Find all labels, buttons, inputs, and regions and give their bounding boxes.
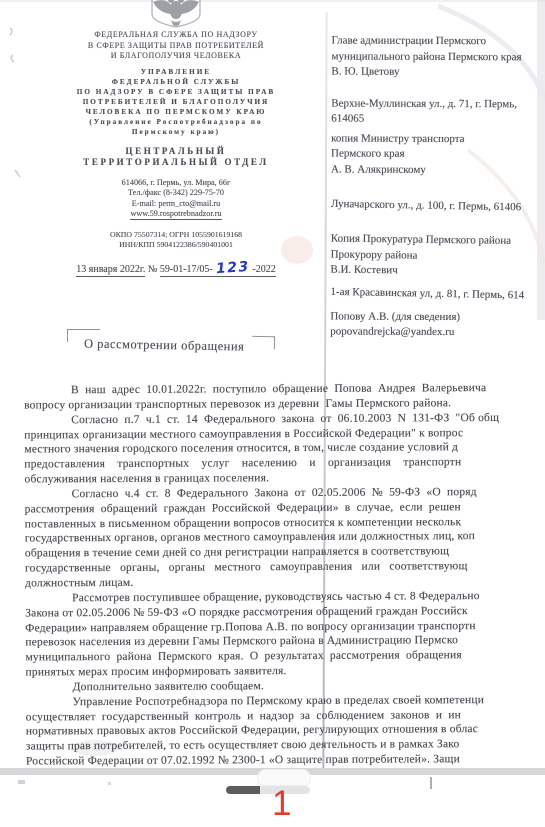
- text-line: В.И. Костевич: [330, 262, 545, 281]
- number-prefix: 59-01-17/05-: [160, 264, 213, 277]
- number-sign: №: [148, 264, 158, 275]
- recipient-block: Главе администрации Пермскогомуниципальн…: [331, 33, 545, 81]
- text-line: Луначарского ул., д. 100, г. Пермь, 6140…: [331, 197, 545, 217]
- text-line: ПО НАДЗОРУ В СФЕРЕ ЗАЩИТЫ ПРАВ: [20, 87, 332, 97]
- body-line: Российской Федерации от 07.02.1992 № 230…: [26, 752, 545, 768]
- text-line: popovandrejcka@yandex.ru: [330, 324, 545, 341]
- scan-mark: [108, 782, 111, 785]
- letter-body: В наш адрес 10.01.2022г. поступило обращ…: [24, 381, 545, 768]
- body-line: Управление Роспотребнадзора по Пермскому…: [26, 692, 545, 710]
- text-line: 1-ая Красавинская ул, д. 81, г. Пермь, 6…: [330, 285, 545, 305]
- text-line: Тел./факс (8-342) 229-75-70: [20, 188, 332, 199]
- recipients-block: Главе администрации Пермскогомуниципальн…: [330, 0, 545, 341]
- text-line: ТЕРРИТОРИАЛЬНЫЙ ОТДЕЛ: [20, 157, 332, 169]
- text-line: ЧЕЛОВЕКА ПО ПЕРМСКОМУ КРАЮ: [20, 107, 332, 117]
- number-suffix: -2022: [252, 264, 275, 277]
- department-name: УПРАВЛЕНИЕФЕДЕРАЛЬНОЙ СЛУЖБЫПО НАДЗОРУ В…: [20, 67, 332, 137]
- outgoing-number-line: 13 января 2022г. № 59-01-17/05-123-2022: [20, 260, 332, 276]
- text-line: ЦЕНТРАЛЬНЫЙ: [20, 146, 332, 158]
- scroll-handle[interactable]: [226, 786, 310, 794]
- document-page: ФЕДЕРАЛЬНАЯ СЛУЖБА ПО НАДЗОРУВ СФЕРЕ ЗАЩ…: [0, 0, 545, 768]
- agency-name: ФЕДЕРАЛЬНАЯ СЛУЖБА ПО НАДЗОРУВ СФЕРЕ ЗАЩ…: [20, 30, 332, 62]
- body-line: государственных органов, органов местног…: [25, 529, 545, 547]
- recipient-block: Луначарского ул., д. 100, г. Пермь, 6140…: [331, 197, 545, 217]
- text-line: ПОТРЕБИТЕЛЕЙ И БЛАГОПОЛУЧИЯ: [20, 97, 332, 107]
- text-line: УПРАВЛЕНИЕ: [20, 67, 332, 77]
- text-line: Верхне-Муллинская ул., д. 71, г. Пермь,: [331, 96, 545, 113]
- letterhead: ФЕДЕРАЛЬНАЯ СЛУЖБА ПО НАДЗОРУВ СФЕРЕ ЗАЩ…: [20, 0, 332, 276]
- scan-mark: [430, 777, 432, 789]
- text-line: E-mail: perm_cto@mail.ru: [20, 199, 332, 210]
- text-line: В СФЕРЕ ЗАЩИТЫ ПРАВ ПОТРЕБИТЕЛЕЙ: [20, 41, 332, 52]
- text-line: ФЕДЕРАЛЬНОЙ СЛУЖБЫ: [20, 77, 332, 87]
- text-line: 614066, г. Пермь, ул. Мира, 66г: [20, 178, 332, 189]
- text-line: 614065: [331, 111, 545, 128]
- registration-numbers: ОКПО 75507314; ОГРН 1055901619168ИНН/КПП…: [20, 230, 332, 251]
- contact-lines: 614066, г. Пермь, ул. Мира, 66гТел./факс…: [20, 178, 332, 210]
- office-name: ЦЕНТРАЛЬНЫЙТЕРРИТОРИАЛЬНЫЙ ОТДЕЛ: [20, 146, 332, 169]
- text-line: копия Министру транспорта: [331, 131, 545, 148]
- recipient-block: 1-ая Красавинская ул, д. 81, г. Пермь, 6…: [330, 285, 545, 305]
- text-line: ФЕДЕРАЛЬНАЯ СЛУЖБА ПО НАДЗОРУ: [20, 30, 332, 41]
- text-line: А. В. Алякринскому: [331, 162, 545, 179]
- body-line: государственные органы, органы местного …: [25, 559, 545, 577]
- text-line: муниципального района Пермского края: [331, 49, 545, 66]
- text-line: ОКПО 75507314; ОГРН 1055901619168: [20, 230, 332, 241]
- subject-line: О рассмотрении обращения: [84, 336, 245, 354]
- coat-of-arms-icon: [145, 0, 207, 29]
- scan-mark: [18, 780, 25, 784]
- page-tab: [258, 770, 310, 785]
- text-line: Копия Прокуратура Пермского района: [331, 231, 545, 250]
- body-line: Согласно ч.4 ст. 8 Федерального Закона о…: [25, 484, 545, 502]
- text-line: Главе администрации Пермского: [332, 33, 545, 50]
- body-line: нормативных правовых актов Российской Фе…: [26, 722, 545, 740]
- handwritten-number: 123: [215, 258, 250, 276]
- recipient-block: Верхне-Муллинская ул., д. 71, г. Пермь,6…: [331, 96, 545, 128]
- stamp-corner-right: [252, 336, 275, 349]
- text-line: Попову А.В. (для сведения): [330, 309, 545, 326]
- body-line: В наш адрес 10.01.2022г. поступило обращ…: [24, 381, 545, 399]
- text-line: Пермскому краю): [20, 127, 332, 137]
- recipient-block: копия Министру транспортаПермского краяА…: [331, 131, 545, 179]
- text-line: И БЛАГОПОЛУЧИЯ ЧЕЛОВЕКА: [20, 51, 332, 62]
- recipient-block: Попову А.В. (для сведения)popovandrejcka…: [330, 309, 545, 341]
- page-number-annotation: 1: [272, 786, 291, 821]
- contact-block: 614066, г. Пермь, ул. Мира, 66гТел./факс…: [20, 178, 332, 220]
- text-line: В. Ю. Цветову: [331, 64, 545, 81]
- text-line: ИНН/КПП 5904122386/590401001: [20, 240, 332, 251]
- recipient-block: Копия Прокуратура Пермского районаПрокур…: [330, 231, 545, 281]
- document-viewer: ФЕДЕРАЛЬНАЯ СЛУЖБА ПО НАДЗОРУВ СФЕРЕ ЗАЩ…: [0, 0, 545, 827]
- letter-date: 13 января 2022г.: [76, 264, 145, 277]
- text-line: (Управление Роспотребнадзора по: [20, 117, 332, 127]
- body-line: Федерации» направляем обращение гр.Попов…: [25, 618, 545, 636]
- text-line: Пермского края: [331, 146, 545, 163]
- website-link: www.59.rospotrebnadzor.ru: [130, 209, 221, 220]
- body-line: Согласно п.7 ч.1 ст. 14 Федерального зак…: [24, 410, 545, 428]
